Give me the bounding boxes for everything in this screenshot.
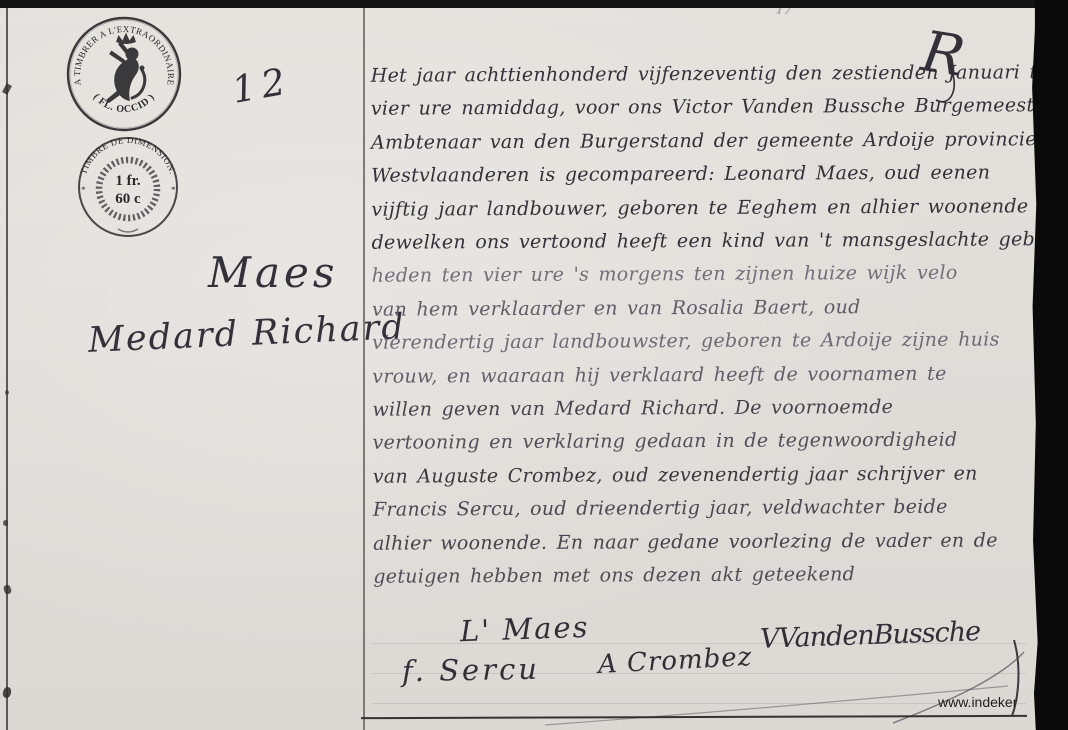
scan-band-top [0, 0, 1068, 8]
act-line: Westvlaanderen is gecompareerd: Leonard … [371, 156, 1029, 193]
stamp-timbre-extraordinaire: A TIMBRER A L'EXTRAORDINAIRE ( FL. OCCID… [60, 12, 188, 138]
act-line: vrouw, en waaraan hij verklaard heeft de… [372, 357, 1030, 394]
signature-father: L' Maes [459, 610, 590, 648]
act-line: willen geven van Medard Richard. De voor… [372, 390, 1030, 427]
act-line: heden ten vier ure 's morgens ten zijnen… [372, 257, 1030, 294]
stamp-ornament-left: * [81, 185, 86, 195]
stitch-mark [3, 520, 8, 526]
act-line: van hem verklaarder en van Rosalia Baert… [372, 290, 1030, 327]
act-line: Francis Sercu, oud drieendertig jaar, ve… [373, 491, 1031, 528]
wreath-ribbon-icon [118, 229, 138, 232]
act-line: getuigen hebben met ons dezen akt geteek… [373, 557, 1031, 594]
stitch-mark [2, 686, 12, 699]
signature-witness-sercu: f. Sercu [402, 652, 541, 688]
act-number: 12 [229, 59, 295, 112]
stamp-value-francs: 1 fr. [115, 173, 141, 189]
crowned-lion-rampant-icon [106, 33, 145, 104]
act-line: Ambtenaar van den Burgerstand der gemeen… [371, 123, 1029, 160]
website-watermark: www.indeker [938, 694, 1017, 710]
act-line: van Auguste Crombez, oud zevenendertig j… [373, 457, 1031, 494]
act-line: vier ure namiddag, voor ons Victor Vande… [371, 90, 1029, 127]
stamp-arc-text-top: TIMBRE DE DIMENSION. [78, 135, 178, 176]
stitch-mark [3, 584, 12, 595]
stamp-timbre-de-dimension: TIMBRE DE DIMENSION. 1 fr. 60 c * * [70, 133, 186, 241]
scanned-register-page: A TIMBRER A L'EXTRAORDINAIRE ( FL. OCCID… [0, 0, 1068, 730]
act-bottom-rule [361, 715, 1027, 719]
act-line: vertooning en verklaring gedaan in de te… [373, 424, 1031, 461]
stitch-mark [2, 83, 12, 95]
margin-divider-line [363, 8, 365, 730]
binding-edge-line [6, 8, 8, 730]
margin-surname: Maes [208, 248, 338, 297]
act-line: alhier woonende. En naar gedane voorlezi… [373, 524, 1031, 561]
act-body-text: Het jaar achttienhonderd vijfenzeventig … [371, 56, 1032, 594]
act-line: vijftig jaar landbouwer, geboren te Eegh… [371, 190, 1029, 227]
stamp-value-centimes: 60 c [115, 191, 141, 207]
stitch-mark [5, 390, 9, 395]
stamp-ornament-right: * [171, 185, 176, 195]
signature-witness-crombez: A Crombez [597, 642, 753, 680]
signature-officer-vandenbussche: VVandenBussche [760, 616, 981, 655]
laurel-wreath-icon [99, 160, 157, 218]
act-line: vierendertig jaar landbouwster, geboren … [372, 324, 1030, 361]
margin-given-names: Medard Richard [87, 307, 406, 361]
ruled-line [372, 703, 1026, 704]
act-line: dewelken ons vertoond heeft een kind van… [371, 223, 1029, 260]
